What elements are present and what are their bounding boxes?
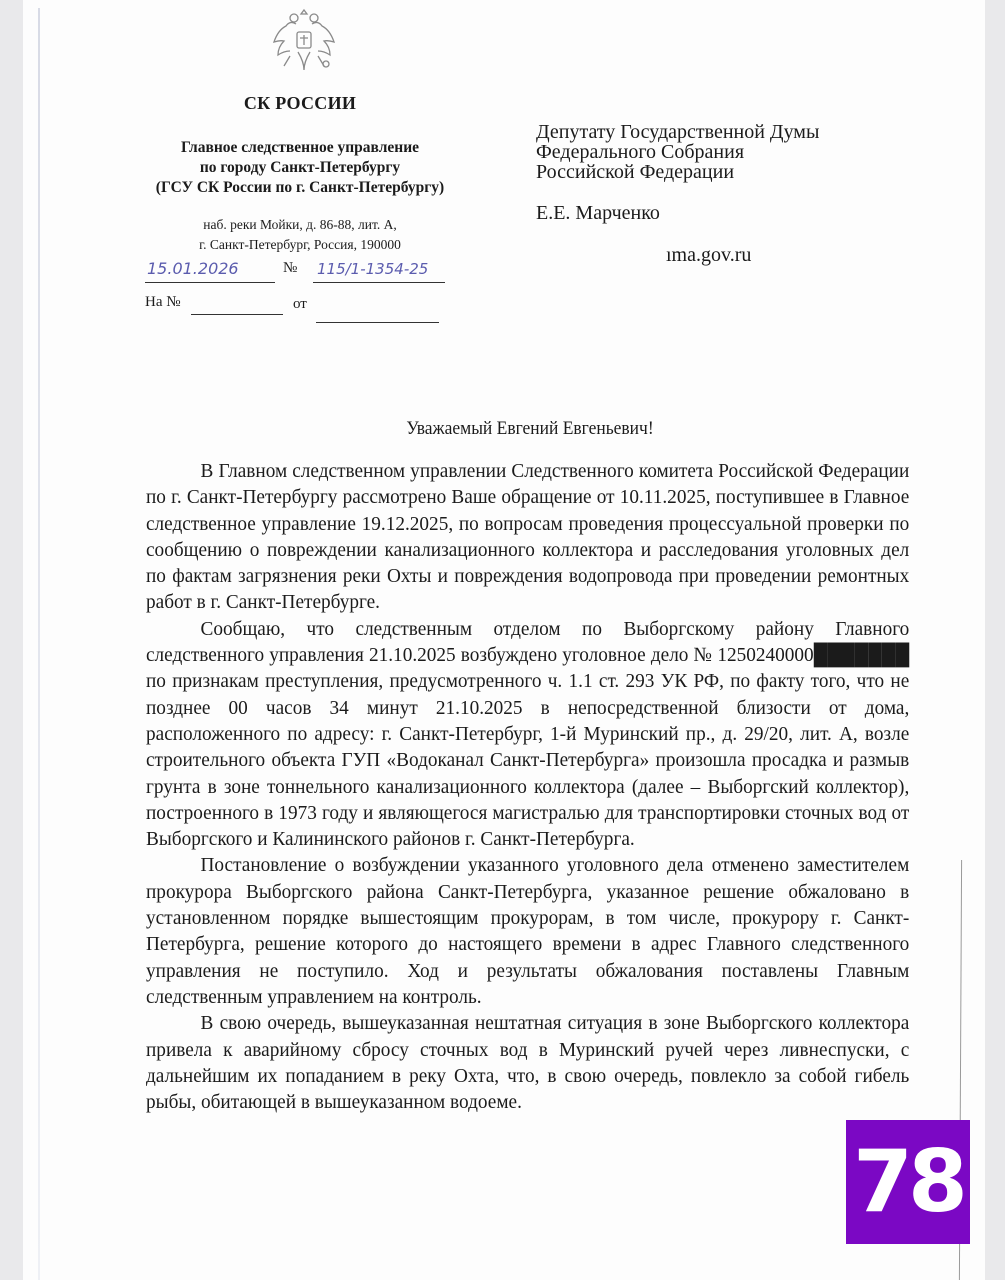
recipient-email: ıma.gov.ru bbox=[666, 244, 751, 267]
recipient-title-line: Федерального Собрания bbox=[536, 142, 896, 162]
registration-number: 115/1-1354-25 bbox=[313, 258, 445, 283]
body-paragraph: В Главном следственном управлении Следст… bbox=[146, 458, 909, 616]
department-line: Главное следственное управление bbox=[115, 138, 485, 158]
recipient-name: Е.Е. Марченко bbox=[536, 202, 660, 225]
address-line: г. Санкт-Петербург, Россия, 190000 bbox=[150, 235, 450, 255]
agency-title: СК РОССИИ bbox=[150, 93, 450, 114]
letter-body: В Главном следственном управлении Следст… bbox=[146, 458, 864, 1115]
channel-78-logo-badge: 78 bbox=[846, 1120, 970, 1244]
registration-row: 15.01.2026 № 115/1-1354-25 bbox=[143, 258, 453, 286]
salutation: Уважаемый Евгений Евгеньевич! bbox=[180, 418, 879, 440]
russian-coat-of-arms-icon bbox=[268, 8, 340, 74]
registration-number-label: № bbox=[283, 260, 297, 277]
recipient-title-line: Депутату Государственной Думы bbox=[536, 122, 896, 142]
reference-row: На № от bbox=[143, 294, 453, 322]
recipient-title: Депутату Государственной Думы Федерально… bbox=[536, 122, 896, 182]
body-paragraph: Сообщаю, что следственным отделом по Выб… bbox=[146, 616, 909, 853]
body-paragraph: Постановление о возбуждении указанного у… bbox=[146, 852, 909, 1010]
registration-date: 15.01.2026 bbox=[145, 258, 275, 283]
department-line: по городу Санкт-Петербургу bbox=[115, 158, 485, 178]
reference-date-blank bbox=[316, 322, 439, 323]
page-fold-line bbox=[38, 8, 40, 1280]
recipient-title-line: Российской Федерации bbox=[536, 162, 896, 182]
reference-from-label: от bbox=[293, 296, 307, 313]
body-paragraph: В свою очередь, вышеуказанная нештатная … bbox=[146, 1010, 909, 1115]
reference-number-blank bbox=[191, 314, 283, 315]
department-name: Главное следственное управление по город… bbox=[115, 138, 485, 198]
department-line: (ГСУ СК России по г. Санкт-Петербургу) bbox=[115, 178, 485, 198]
address-line: наб. реки Мойки, д. 86-88, лит. А, bbox=[150, 215, 450, 235]
reference-number-label: На № bbox=[145, 294, 181, 311]
agency-address: наб. реки Мойки, д. 86-88, лит. А, г. Са… bbox=[150, 215, 450, 255]
